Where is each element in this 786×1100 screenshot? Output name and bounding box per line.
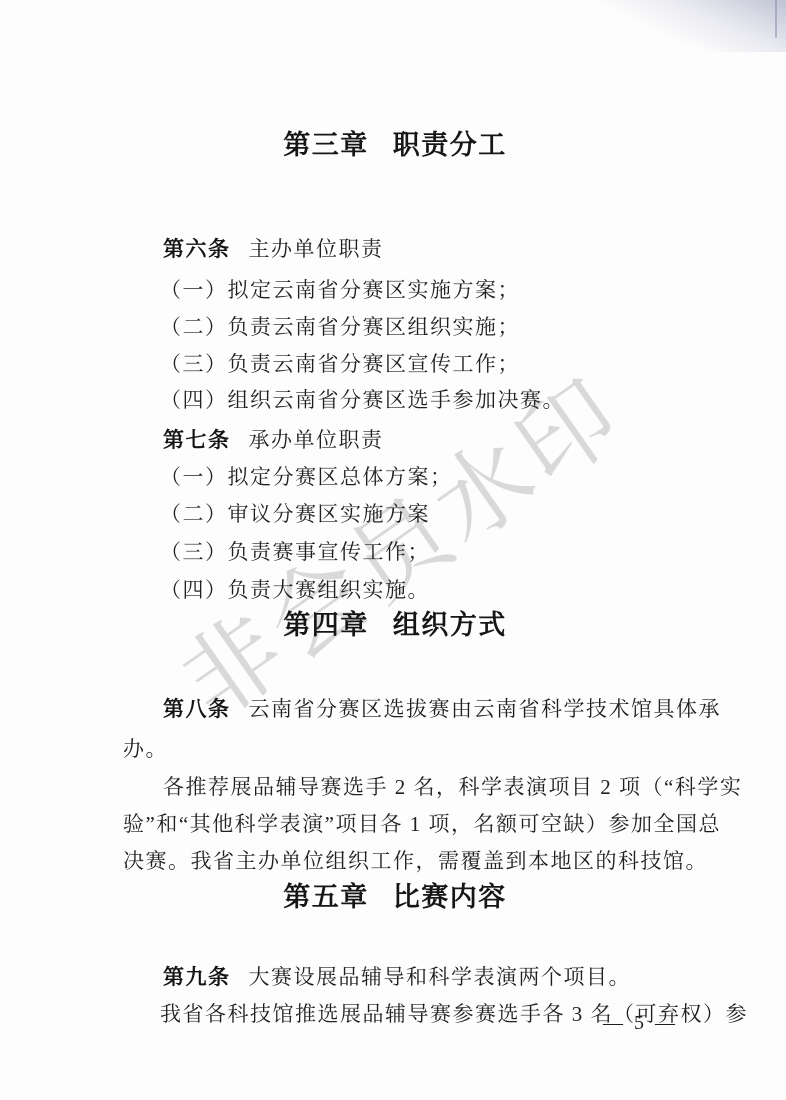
chapter-number: 第三章 [283,130,369,160]
article-8-heading-line: 第八条云南省分赛区选拔赛由云南省科学技术馆具体承 [136,670,721,749]
list-item-text: （四）负责大赛组织实施。 [160,578,430,602]
scanned-document-page: 非会员水印 第三章职责分工 第六条主办单位职责 （一）拟定云南省分赛区实施方案；… [0,0,786,1100]
article-label: 第八条 [163,698,231,721]
chapter-title: 比赛内容 [393,882,507,912]
chapter-number: 第五章 [283,882,369,912]
chapter-title: 职责分工 [393,130,507,160]
scan-corner-artifact [536,0,786,52]
paragraph-text: 决赛。我省主办单位组织工作，需覆盖到本地区的科技馆。 [123,849,708,873]
chapter-5-heading: 第五章比赛内容 [95,883,695,913]
chapter-title: 组织方式 [393,610,507,640]
article-text: 云南省分赛区选拔赛由云南省科学技术馆具体承 [249,697,722,721]
scan-edge-line [775,0,777,38]
chapter-3-heading: 第三章职责分工 [95,131,695,161]
chapter-4-heading: 第四章组织方式 [95,611,695,641]
page-number: — 5 — [603,1012,678,1035]
chapter-number: 第四章 [283,610,369,640]
